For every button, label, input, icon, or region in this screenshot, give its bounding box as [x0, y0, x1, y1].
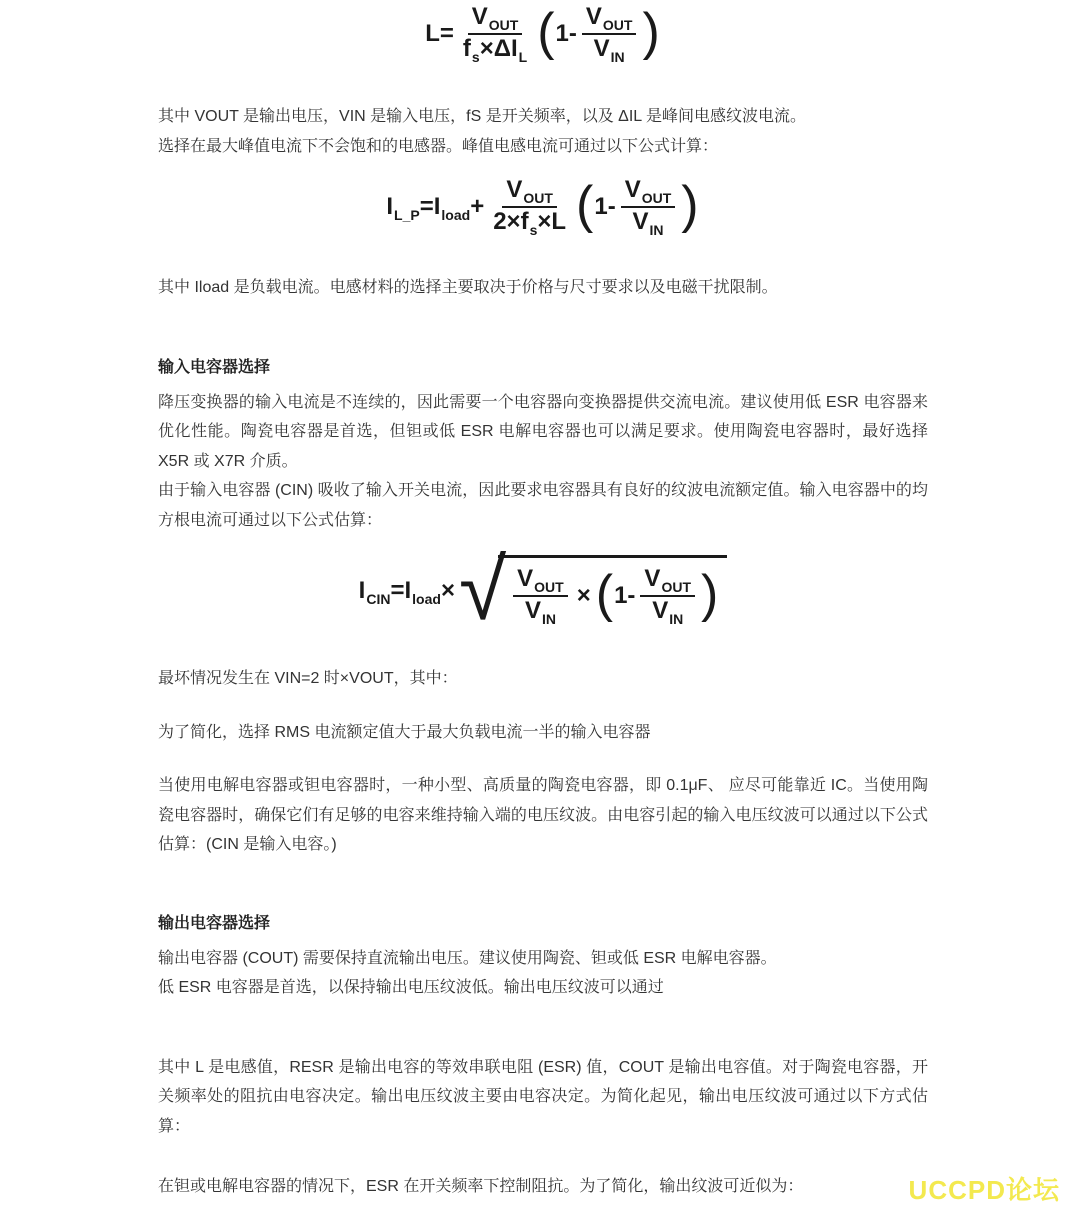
paragraph-input-cap-intro: 降压变换器的输入电流是不连续的，因此需要一个电容器向变换器提供交流电流。建议使用… [158, 388, 928, 477]
section-heading-output-capacitor: 输出电容器选择 [158, 913, 928, 935]
paragraph-iload: 其中 Iload 是负载电流。电感材料的选择主要取决于价格与尺寸要求以及电磁干扰… [158, 273, 928, 303]
paragraph-output-cap-intro: 输出电容器 (COUT) 需要保持直流输出电压。建议使用陶瓷、钽或低 ESR 电… [158, 944, 928, 974]
fraction-numerator: VOUT [468, 4, 523, 35]
formula-lhs: L= [425, 20, 454, 48]
fraction-numerator: VOUT [582, 4, 637, 35]
fraction-numerator: VOUT [621, 177, 676, 208]
open-paren: ( [596, 572, 613, 616]
formula-lhs: ICIN=Iload× [359, 577, 455, 605]
open-paren: ( [576, 183, 593, 227]
fraction: VOUT VIN [582, 4, 637, 64]
formula-lhs: IL_P=Iload+ [386, 193, 484, 221]
formula-peak-current: IL_P=Iload+ VOUT 2×fs×L ( 1- VOUT VIN ) [158, 177, 928, 237]
paragraph-line: 选择在最大峰值电流下不会饱和的电感器。峰值电感电流可通过以下公式计算： [158, 132, 928, 162]
fraction: VOUT VIN [621, 177, 676, 237]
fraction-denominator: VIN [629, 208, 668, 237]
radicand: VOUT VIN × ( 1- VOUT VIN ) [498, 555, 727, 626]
one-minus: 1- [614, 582, 635, 610]
open-paren: ( [537, 10, 554, 54]
fraction-denominator: VIN [521, 597, 560, 626]
formula-inductor: L= VOUT fs×ΔIL ( 1- VOUT VIN ) [158, 4, 928, 64]
fraction-numerator: VOUT [640, 566, 695, 597]
one-minus: 1- [556, 20, 577, 48]
fraction: VOUT VIN [640, 566, 695, 626]
fraction-denominator: VIN [590, 35, 629, 64]
paragraph-line: 其中 VOUT 是输出电压，VIN 是输入电压，fS 是开关频率，以及 ΔIL … [158, 102, 928, 132]
document-content: L= VOUT fs×ΔIL ( 1- VOUT VIN ) 其中 VOUT 是… [158, 0, 928, 1202]
formula-input-cap-rms: ICIN=Iload× √ VOUT VIN × ( 1- VOUT VIN ) [158, 555, 928, 626]
close-paren: ) [701, 572, 718, 616]
close-paren: ) [642, 10, 659, 54]
paragraph-inductor-vars: 其中 VOUT 是输出电压，VIN 是输入电压，fS 是开关频率，以及 ΔIL … [158, 102, 928, 161]
fraction: VOUT 2×fs×L [489, 177, 570, 237]
fraction-numerator: VOUT [502, 177, 557, 208]
one-minus: 1- [594, 193, 615, 221]
fraction-denominator: VIN [648, 597, 687, 626]
paragraph-rms-rating: 为了简化，选择 RMS 电流额定值大于最大负载电流一半的输入电容器 [158, 718, 928, 748]
close-paren: ) [681, 183, 698, 227]
paragraph-tantalum-esr: 在钽或电解电容器的情况下，ESR 在开关频率下控制阻抗。为了简化，输出纹波可近似… [158, 1172, 928, 1202]
fraction-denominator: fs×ΔIL [459, 35, 531, 64]
paragraph-low-esr: 低 ESR 电容器是首选，以保持输出电压纹波低。输出电压纹波可以通过 [158, 973, 928, 1003]
fraction-numerator: VOUT [513, 566, 568, 597]
square-root: √ VOUT VIN × ( 1- VOUT VIN ) [459, 555, 727, 626]
section-heading-input-capacitor: 输入电容器选择 [158, 357, 928, 379]
paragraph-input-cap-rms: 由于输入电容器 (CIN) 吸收了输入开关电流，因此要求电容器具有良好的纹波电流… [158, 476, 928, 535]
paragraph-esr-definition: 其中 L 是电感值，RESR 是输出电容的等效串联电阻 (ESR) 值，COUT… [158, 1053, 928, 1142]
fraction: VOUT VIN [513, 566, 568, 626]
paragraph-worst-case: 最坏情况发生在 VIN=2 时×VOUT，其中： [158, 664, 928, 694]
paragraph-ceramic-bypass: 当使用电解电容器或钽电容器时，一种小型、高质量的陶瓷电容器，即 0.1μF、 应… [158, 771, 928, 860]
watermark-uccpd: UCCPD论坛 [909, 1170, 1060, 1205]
times-sign: × [577, 582, 591, 610]
fraction: VOUT fs×ΔIL [459, 4, 531, 64]
fraction-denominator: 2×fs×L [489, 208, 570, 237]
